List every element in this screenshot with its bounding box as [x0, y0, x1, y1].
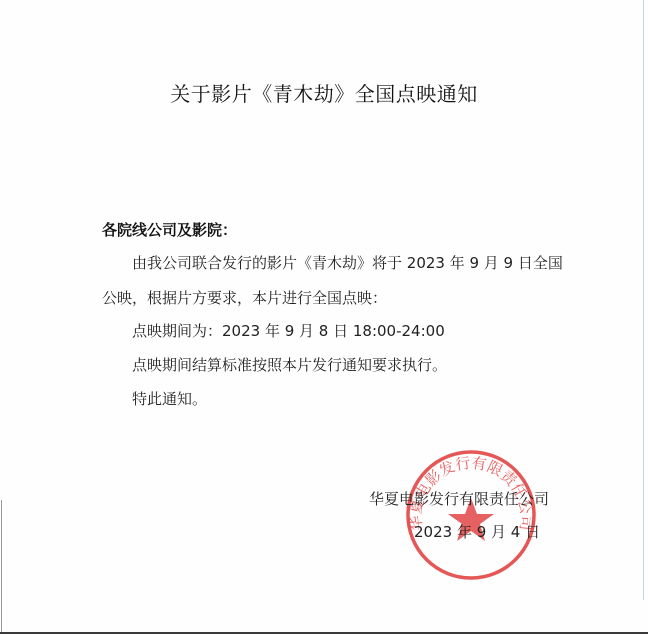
- screening-period: 点映期间为：2023 年 9 月 8 日 18:00-24:00: [132, 320, 445, 341]
- issuer-name: 华夏电影发行有限责任公司: [369, 488, 549, 509]
- closing-line: 特此通知。: [132, 388, 207, 409]
- company-seal: 华夏电影发行有限责任公司: [404, 448, 538, 582]
- page-edge-left: [1, 500, 2, 632]
- document-title: 关于影片《青木劫》全国点映通知: [0, 78, 648, 107]
- document-page: 关于影片《青木劫》全国点映通知 各院线公司及影院： 由我公司联合发行的影片《青木…: [0, 0, 648, 634]
- body-line-2: 公映，根据片方要求，本片进行全国点映：: [102, 287, 387, 308]
- settlement-note: 点映期间结算标准按照本片发行通知要求执行。: [132, 354, 447, 375]
- issue-date: 2023 年 9 月 4 日: [414, 521, 540, 542]
- body-line-1: 由我公司联合发行的影片《青木劫》将于 2023 年 9 月 9 日全国: [132, 252, 563, 273]
- salutation: 各院线公司及影院：: [102, 219, 237, 240]
